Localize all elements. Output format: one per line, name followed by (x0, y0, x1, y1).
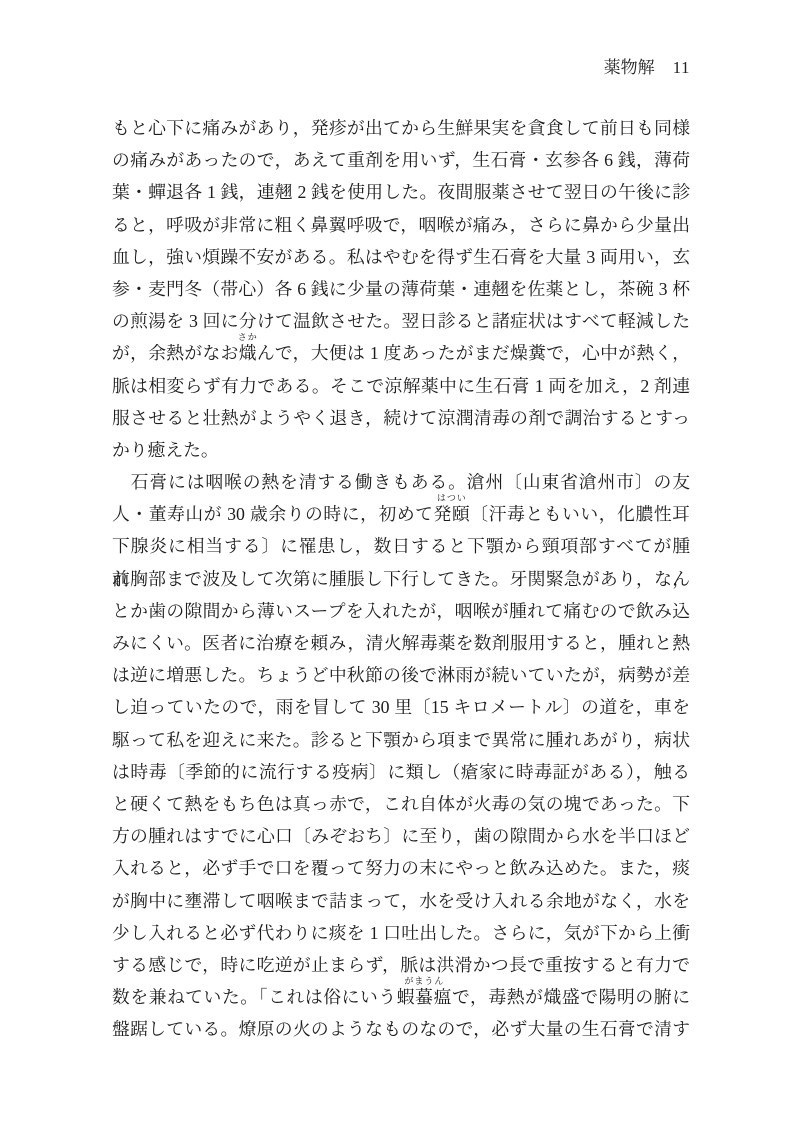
text-line: は時毒〔季節的に流行する疫病〕に類し（瘡家に時毒証がある），触る (112, 756, 690, 788)
text-line: は逆に増悪した。ちょうど中秋節の後で淋雨が続いていたが，病勢が差 (112, 659, 690, 691)
text-line: 人・董寿山が 30 歳余りの時に，初めてはつい発頤〔汗毒ともいい，化膿性耳 (112, 498, 690, 530)
text-line: かり癒えた。 (112, 434, 690, 466)
text-line: 下腺炎に相当する〕に罹患し，数日すると下顎から頸項部すべてが腫れ， (112, 530, 690, 562)
text-line: 前胸部まで波及して次第に腫脹し下行してきた。牙関緊急があり，なん (112, 563, 690, 595)
text-line: みにくい。医者に治療を頼み，清火解毒薬を数剤服用すると，腫れと熱 (112, 627, 690, 659)
text-line: ると，呼吸が非常に粗く鼻翼呼吸で，咽喉が痛み，さらに鼻から少量出 (112, 209, 690, 241)
text-line: が，余熱がなおさか熾んで，大便は 1 度あったがまだ燥糞で，心中が熱く， (112, 337, 690, 369)
text-line: が胸中に壅滞して咽喉まで詰まって，水を受け入れる余地がなく，水を (112, 885, 690, 917)
text-line: とか歯の隙間から薄いスープを入れたが，咽喉が腫れて痛むので飲み込 (112, 595, 690, 627)
text-line: 血し，強い煩躁不安がある。私はやむを得ず生石膏を大量 3 両用い，玄 (112, 241, 690, 273)
ruby-annotated-word: がまうん蝦蟇瘟 (397, 987, 452, 1007)
text-line: 服させると壮熱がようやく退き，続けて涼潤清毒の剤で調治するとすっ (112, 402, 690, 434)
text-line: し迫っていたので，雨を冒して 30 里〔15 キロメートル〕の道を，車を (112, 691, 690, 723)
body-text: もと心下に痛みがあり，発疹が出てから生鮮果実を貪食して前日も同様の痛みがあったの… (112, 112, 690, 1045)
text-line: 入れると，必ず手で口を覆って努力の末にやっと飲み込めた。また，痰 (112, 852, 690, 884)
text-line: 数を兼ねていた。「これは俗にいうがまうん蝦蟇瘟で，毒熱が熾盛で陽明の腑に (112, 981, 690, 1013)
text-line: もと心下に痛みがあり，発疹が出てから生鮮果実を貪食して前日も同様 (112, 112, 690, 144)
text-line: 葉・蟬退各 1 銭，連翹 2 銭を使用した。夜間服薬させて翌日の午後に診 (112, 176, 690, 208)
page-header: 薬物解11 (604, 53, 690, 78)
text-line: 方の腫れはすでに心口〔みぞおち〕に至り，歯の隙間から水を半口ほど (112, 820, 690, 852)
text-line: する感じで，時に吃逆が止まらず，脈は洪滑かつ長で重按すると有力で (112, 949, 690, 981)
ruby-annotated-word: さか熾 (239, 343, 257, 363)
text-line: 盤踞している。燎原の火のようなものなので，必ず大量の生石膏で清す (112, 1013, 690, 1045)
section-title: 薬物解 (604, 58, 655, 77)
text-line: 駆って私を迎えに来た。診ると下顎から項まで異常に腫れあがり，病状 (112, 724, 690, 756)
text-line: の煎湯を 3 回に分けて温飲させた。翌日診ると諸症状はすべて軽減した (112, 305, 690, 337)
text-line: 少し入れると必ず代わりに痰を 1 口吐出した。さらに，気が下から上衝 (112, 917, 690, 949)
furigana: がまうん (404, 977, 444, 986)
ruby-annotated-word: はつい発頤 (434, 504, 471, 524)
text-line: 石膏には咽喉の熱を清する働きもある。滄州〔山東省滄州市〕の友 (112, 466, 690, 498)
furigana: はつい (437, 494, 467, 503)
page-number: 11 (673, 58, 690, 77)
furigana: さか (238, 333, 258, 342)
text-line: 脈は相変らず有力である。そこで涼解薬中に生石膏 1 両を加え，2 剤連 (112, 370, 690, 402)
text-line: 参・麦門冬（帯心）各 6 銭に少量の薄荷葉・連翹を佐薬とし，茶碗 3 杯 (112, 273, 690, 305)
text-line: と硬くて熱をもち色は真っ赤で，これ自体が火毒の気の塊であった。下 (112, 788, 690, 820)
book-page: 薬物解11 もと心下に痛みがあり，発疹が出てから生鮮果実を貪食して前日も同様の痛… (0, 0, 800, 1135)
text-line: の痛みがあったので，あえて重剤を用いず，生石膏・玄参各 6 銭，薄荷 (112, 144, 690, 176)
